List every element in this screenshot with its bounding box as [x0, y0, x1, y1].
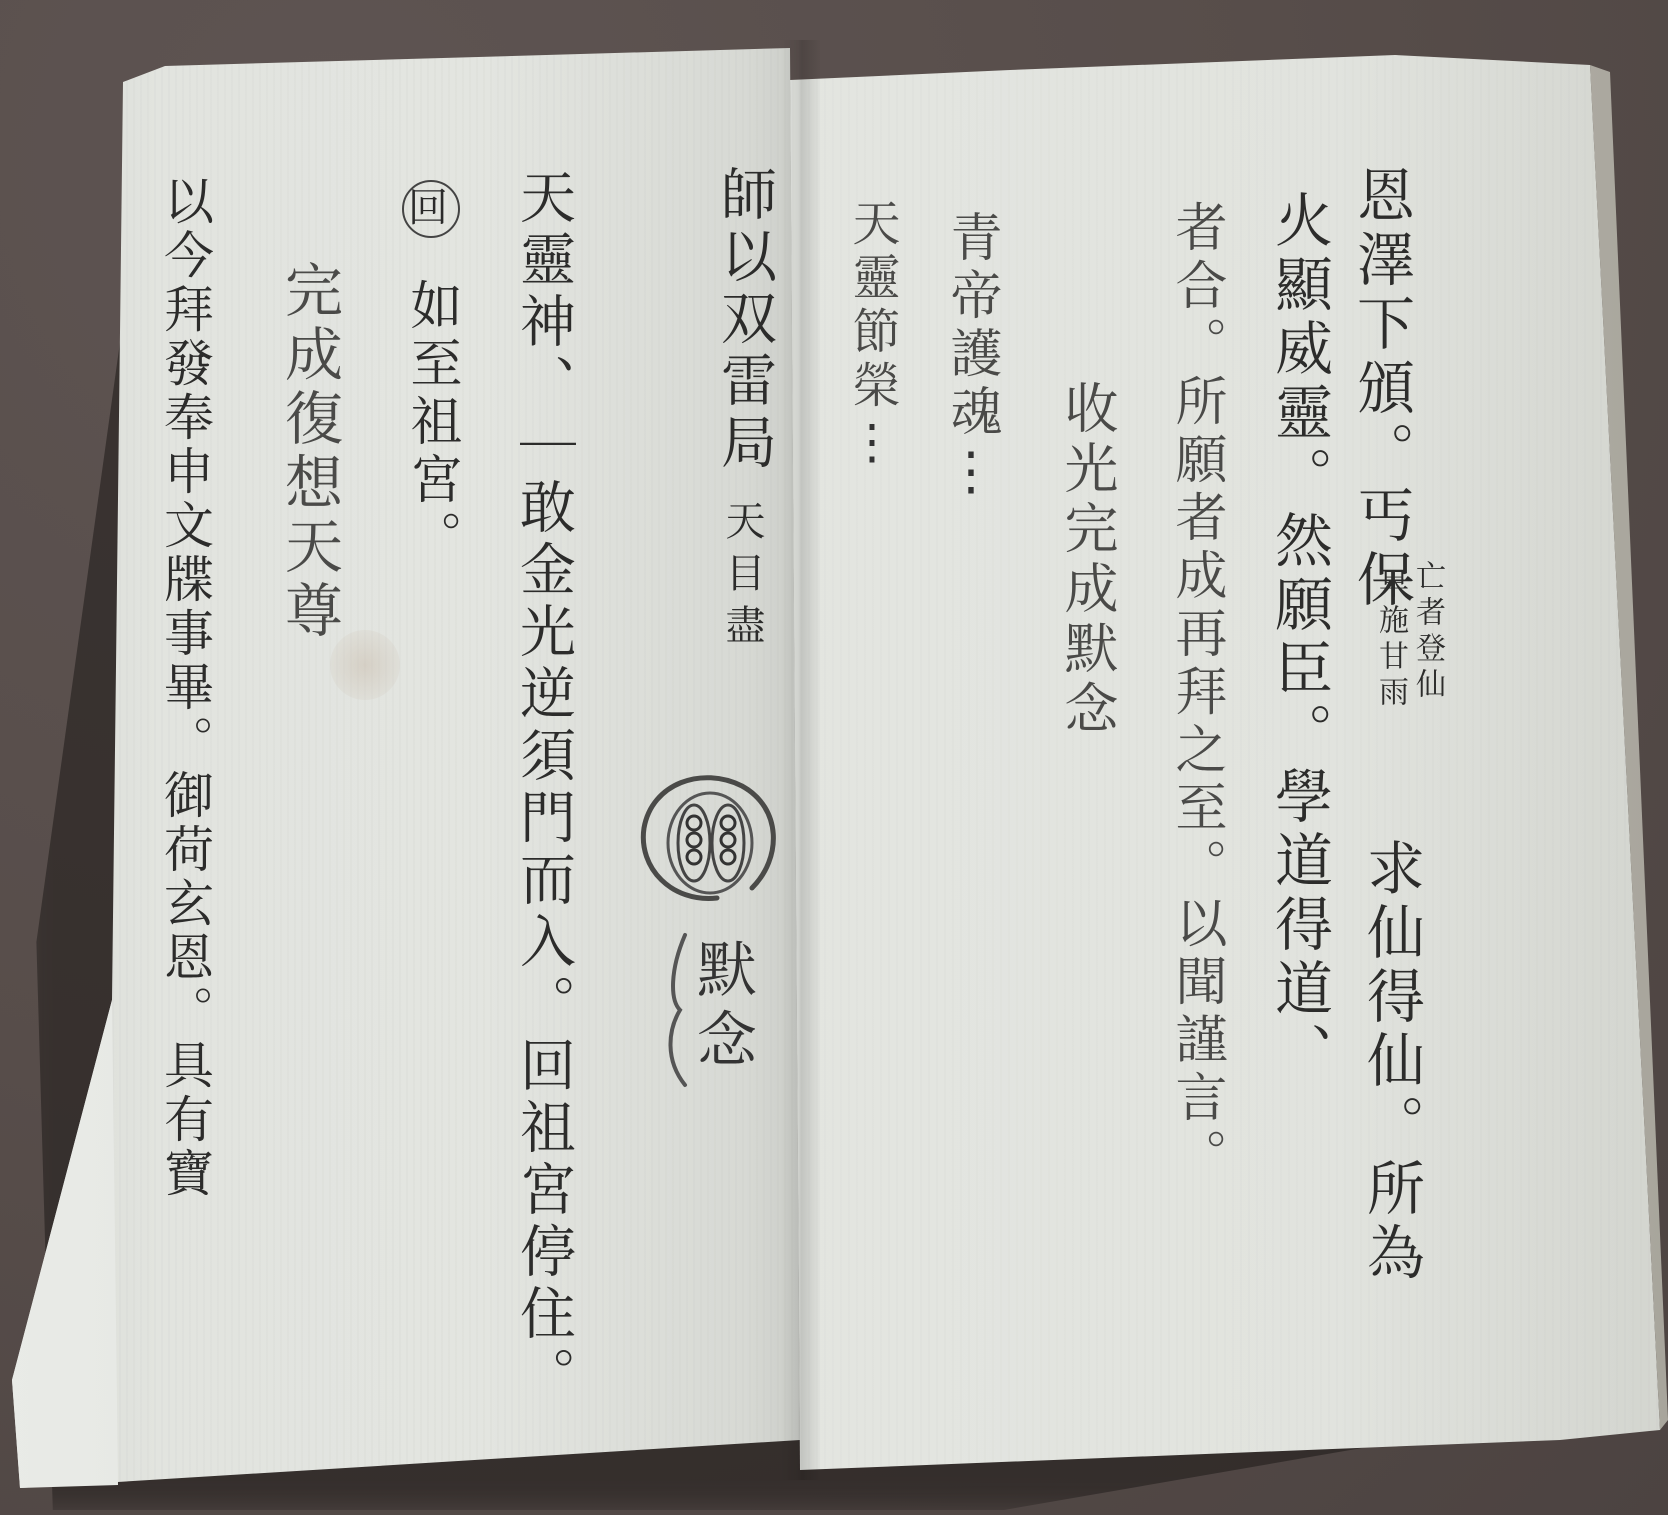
caption-bracket-icon: [660, 930, 690, 1090]
column-l1: 師以双雷局: [716, 165, 772, 475]
column-r6-text: 天靈節榮: [844, 198, 900, 414]
column-r4: 收光完成默念: [1060, 380, 1114, 740]
seal-caption-text: 默念: [692, 938, 752, 1078]
column-l1-sub: 天目盡: [722, 500, 762, 656]
column-l3: 回如至祖宮。: [402, 180, 460, 568]
column-r5: 青帝護魂⋮: [945, 210, 997, 508]
column-r6-continuation-mark: ⋮: [844, 414, 900, 476]
column-r1-note-b: 早施甘雨: [1375, 568, 1405, 712]
talisman-seal-icon: [632, 768, 782, 918]
column-r3: 者合。所願者成再拜之至。以聞謹言。: [1170, 200, 1222, 1186]
seal-caption: 默念: [660, 930, 780, 1090]
column-r6: 天靈節榮⋮: [848, 198, 896, 476]
column-r2: 火顯威靈。然願臣。學道得道、: [1270, 190, 1328, 1086]
column-r1: 恩澤下頒。丐保: [1352, 165, 1410, 613]
column-r5-continuation-mark: ⋮: [941, 442, 1001, 508]
column-l2-text: 天靈神、｜: [511, 168, 576, 478]
column-l2: 天靈神、｜敢金光逆須門而入。回祖宮停住。: [515, 168, 571, 1408]
column-l3-text: 如至祖宮。: [401, 278, 461, 568]
column-r5-text: 青帝護魂: [941, 210, 1001, 442]
column-l2-continued: 敢金光逆須門而入。回祖宮停住。: [511, 478, 576, 1408]
column-r1-note-a: 亡者登仙: [1412, 560, 1442, 704]
book-spine: [780, 40, 820, 1480]
column-l5: 以今拜發奉申文牒事畢。御荷玄恩。具有寶: [160, 175, 210, 1201]
column-l4: 完成復想天尊: [280, 260, 338, 644]
column-r1-continued: 求仙得仙。所為: [1362, 838, 1420, 1286]
circled-hui-mark: 回: [402, 180, 460, 238]
